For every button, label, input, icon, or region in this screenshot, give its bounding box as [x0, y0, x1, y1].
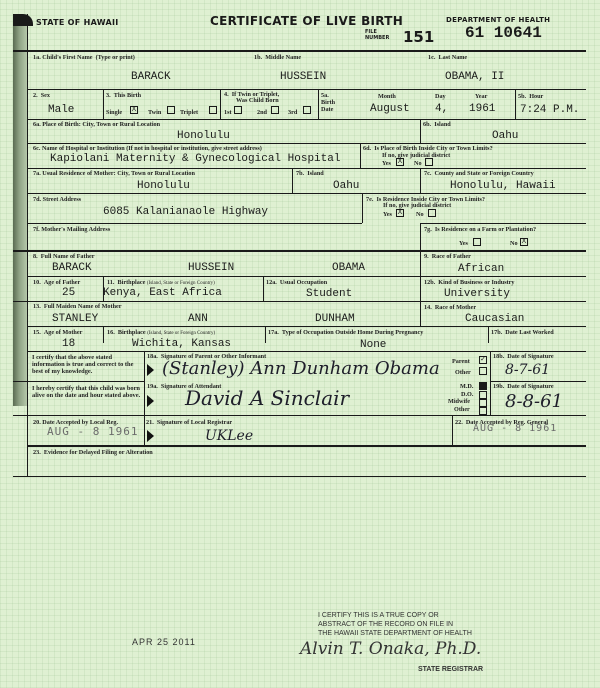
row-divider [27, 119, 586, 120]
father-race-value: African [458, 263, 504, 275]
other-attendant-checkbox[interactable] [479, 407, 487, 415]
field-number: 5b. [518, 93, 526, 100]
triplet-option-label: Triplet [180, 109, 198, 116]
residence-judicial-district-label: If no, give judicial district [383, 202, 451, 209]
midwife-option-label: Midwife [448, 398, 470, 405]
row-divider [27, 223, 362, 224]
mother-occupation-label: Type of Occupation Outside Home During P… [282, 329, 423, 336]
child-last-name-value: OBAMA, II [445, 71, 504, 83]
local-registrar-signature: UKLee [205, 428, 253, 444]
single-checkbox[interactable]: X [130, 106, 138, 114]
date-last-worked-label: Date Last Worked [505, 329, 553, 336]
field-number: 11. [107, 279, 114, 286]
father-birthplace-label: Birthplace [118, 279, 146, 286]
place-of-birth-label: Place of Birth: City, Town or Rural Loca… [42, 121, 160, 128]
col-divider [488, 326, 489, 343]
row-divider [27, 445, 586, 447]
yes-label: Yes [382, 160, 391, 167]
mother-last-name-value: DUNHAM [315, 313, 355, 325]
field-number: 3. [106, 92, 111, 99]
left-border [27, 14, 28, 476]
row-divider [490, 381, 586, 382]
sex-label: Sex [41, 92, 50, 99]
field-number: 1c. [428, 54, 435, 61]
row-divider [27, 326, 586, 327]
col-divider [420, 119, 421, 143]
birth-certificate: STATE OF HAWAII CERTIFICATE OF LIVE BIRT… [0, 0, 600, 688]
col-divider [490, 351, 491, 415]
col-divider [292, 168, 293, 193]
birth-inside-city-yes-checkbox[interactable]: X [396, 158, 404, 166]
triplet-checkbox[interactable] [209, 106, 217, 114]
other-attendant-option-label: Other [454, 406, 470, 413]
field-number: 18a. [147, 353, 158, 360]
field-number: 17b. [491, 329, 502, 336]
field-number: 7f. [33, 226, 40, 233]
first-option-label: 1st [224, 109, 232, 116]
row-divider [27, 193, 586, 194]
second-born-checkbox[interactable] [271, 106, 279, 114]
date-label: Date [321, 106, 333, 113]
reg-general-date-stamp: AUG - 8 1961 [473, 423, 557, 434]
field-number: 6a. [33, 121, 41, 128]
attendant-date-value: 8-8-61 [505, 391, 563, 412]
year-label: Year [475, 93, 487, 100]
col-divider [420, 276, 421, 301]
row-divider [13, 415, 586, 416]
certificate-title: CERTIFICATE OF LIVE BIRTH [210, 14, 403, 28]
col-divider [144, 415, 145, 445]
farm-plantation-label: Is Residence on a Farm or Plantation? [435, 226, 536, 233]
field-number: 6b. [423, 121, 431, 128]
mother-age-value: 18 [62, 338, 75, 350]
col-divider [144, 351, 145, 415]
sex-value: Male [48, 104, 74, 116]
mother-residence-label: Usual Residence of Mother: City, Town or… [42, 170, 195, 177]
row-divider [27, 276, 586, 277]
col-divider [420, 250, 421, 276]
col-divider [420, 168, 421, 193]
field-number: 7a. [33, 170, 41, 177]
col-divider [420, 223, 421, 250]
col-divider [220, 89, 221, 119]
hospital-label: Name of Hospital or Institution (If not … [42, 145, 262, 152]
field-number: 7g. [424, 226, 432, 233]
father-occupation-value: Student [306, 288, 352, 300]
md-option-label: M.D. [460, 383, 473, 390]
residence-inside-city-yes-checkbox[interactable]: X [396, 209, 404, 217]
this-birth-label: This Birth [114, 92, 141, 99]
single-option-label: Single [106, 109, 122, 116]
child-middle-name-value: HUSSEIN [280, 71, 326, 83]
birth-label: Birth [321, 99, 335, 106]
certify-line-1: I CERTIFY THIS IS A TRUE COPY OR [318, 611, 439, 620]
document-corner [13, 14, 33, 26]
col-divider [103, 326, 104, 343]
birth-year-value: 1961 [469, 103, 495, 115]
informant-date-label: Date of Signature [507, 353, 553, 360]
row-divider [27, 351, 586, 352]
document-binding-edge [13, 14, 27, 406]
do-checkbox[interactable] [479, 391, 487, 399]
no-label: No [416, 211, 424, 218]
twin-option-label: Twin [148, 109, 161, 116]
field-number: 1b. [254, 54, 262, 61]
other-informant-checkbox[interactable] [479, 367, 487, 375]
place-of-birth-value: Honolulu [177, 130, 230, 142]
state-registrar-signature: Alvin T. Onaka, Ph.D. [300, 639, 481, 659]
field-number: 6c. [33, 145, 40, 152]
attendant-signature: David A Sinclair [185, 386, 349, 410]
field-number: 15. [33, 329, 41, 336]
certify-line-2: ABSTRACT OF THE RECORD ON FILE IN [318, 620, 453, 629]
delayed-filing-label: Evidence for Delayed Filing or Alteratio… [44, 449, 153, 456]
department-number: 61 10641 [465, 24, 542, 42]
birthplace-hint: (Island, State or Foreign Country) [147, 331, 215, 336]
birth-hour-value: 7:24 P.M. [520, 104, 579, 116]
field-number: 4. [224, 91, 229, 98]
row-divider [27, 168, 586, 169]
col-divider [263, 276, 264, 301]
hospital-value: Kapiolani Maternity & Gynecological Hosp… [50, 153, 340, 165]
child-middle-name-label: Middle Name [265, 54, 301, 61]
col-divider [362, 193, 363, 223]
mother-middle-name-value: ANN [188, 313, 208, 325]
md-checkbox[interactable] [479, 382, 487, 390]
father-race-label: Race of Father [432, 253, 471, 260]
mother-maiden-name-label: Full Maiden Name of Mother [44, 303, 122, 310]
informant-signature: (Stanley) Ann Dunham Obama [162, 358, 440, 379]
other-option-label: Other [455, 369, 471, 376]
state-registrar-title: STATE REGISTRAR [418, 665, 483, 674]
street-address-label: Street Address [43, 196, 81, 203]
child-last-name-label: Last Name [438, 54, 467, 61]
business-industry-value: University [444, 288, 510, 300]
field-number: 16. [107, 329, 115, 336]
farm-no-checkbox[interactable]: X [520, 238, 528, 246]
father-birthplace-value: Kenya, East Africa [103, 287, 222, 299]
field-number: 7b. [296, 170, 304, 177]
parent-option-label: Parent [452, 358, 470, 365]
signature-arrow-icon [147, 430, 154, 442]
father-last-name-value: OBAMA [332, 262, 365, 274]
col-divider [265, 326, 266, 343]
mother-residence-city-value: Honolulu [137, 180, 190, 192]
certify-line-3: THE HAWAII STATE DEPARTMENT OF HEALTH [318, 629, 472, 638]
local-reg-date-stamp: AUG - 8 1961 [47, 425, 138, 438]
island-of-birth-value: Oahu [492, 130, 518, 142]
father-age-label: Age of Father [44, 279, 80, 286]
field-number: 17a. [268, 329, 279, 336]
twin-checkbox[interactable] [167, 106, 175, 114]
row-divider [420, 223, 586, 224]
field-number: 12b. [424, 279, 435, 286]
file-number: 151 [403, 28, 434, 46]
attendant-date-label: Date of Signature [507, 383, 553, 390]
field-number: 23. [33, 449, 41, 456]
father-age-value: 25 [62, 287, 75, 299]
first-born-checkbox[interactable] [234, 106, 242, 114]
field-number: 2. [33, 92, 38, 99]
business-industry-label: Kind of Business or Industry [438, 279, 514, 286]
birth-day-value: 4, [435, 103, 448, 115]
col-divider [318, 89, 319, 119]
type-or-print-hint: (Type or print) [96, 54, 135, 61]
hour-label: Hour [529, 93, 543, 100]
residence-island-value: Oahu [333, 180, 359, 192]
state-heading: STATE OF HAWAII [36, 18, 119, 27]
col-divider [420, 301, 421, 326]
form-bottom-border [13, 476, 586, 477]
field-number: 10. [33, 279, 41, 286]
issue-date-stamp: APR 25 2011 [132, 637, 196, 647]
row-divider [13, 301, 586, 302]
col-divider [103, 89, 104, 119]
month-label: Month [378, 93, 396, 100]
third-born-checkbox[interactable] [303, 106, 311, 114]
island-of-birth-label: Island [434, 121, 451, 128]
mother-race-value: Caucasian [465, 313, 524, 325]
birth-date-number: 5a. [321, 92, 329, 99]
field-number: 12a. [266, 279, 277, 286]
judicial-district-label: If no, give judicial district [382, 152, 450, 159]
col-divider [360, 143, 361, 168]
field-number: 6d. [363, 145, 371, 152]
child-first-name-value: BARACK [131, 71, 171, 83]
was-child-born-label: Was Child Born [236, 97, 279, 104]
file-label-bottom: NUMBER [365, 36, 389, 41]
farm-yes-checkbox[interactable] [473, 238, 481, 246]
field-number: 20. [33, 419, 41, 426]
mailing-address-label: Mother's Mailing Address [41, 226, 110, 233]
field-number: 1a. [33, 54, 41, 61]
row-divider [27, 143, 586, 144]
field-number: 7d. [33, 196, 41, 203]
third-option-label: 3rd [288, 109, 297, 116]
child-first-name-label: Child's First Name [42, 54, 92, 61]
birth-inside-city-no-checkbox[interactable] [425, 158, 433, 166]
field-number: 21. [146, 419, 154, 426]
father-first-name-value: BARACK [52, 262, 92, 274]
birthplace-hint: (Island, State or Foreign Country) [147, 281, 215, 286]
birth-month-value: August [370, 103, 410, 115]
header-divider [13, 50, 586, 52]
row-divider [27, 89, 586, 90]
mother-birthplace-label: Birthplace [118, 329, 146, 336]
no-label: No [414, 160, 422, 167]
day-label: Day [435, 93, 446, 100]
do-option-label: D.O. [461, 391, 473, 398]
second-option-label: 2nd [257, 109, 267, 116]
col-divider [515, 89, 516, 119]
no-label: No [510, 240, 518, 247]
attendant-certification-text: I hereby certify that this child was bor… [32, 385, 142, 399]
residence-inside-city-no-checkbox[interactable] [428, 209, 436, 217]
residence-island-label: Island [307, 170, 324, 177]
father-middle-name-value: HUSSEIN [188, 262, 234, 274]
midwife-checkbox[interactable] [479, 399, 487, 407]
informant-certification-text: I certify that the above stated informat… [32, 354, 142, 375]
field-number: 22. [455, 419, 463, 426]
yes-label: Yes [459, 240, 468, 247]
field-number: 14. [424, 304, 432, 311]
field-number: 9. [424, 253, 429, 260]
yes-label: Yes [383, 211, 392, 218]
mother-race-label: Race of Mother [435, 304, 476, 311]
field-number: 7e. [366, 196, 373, 203]
father-occupation-label: Usual Occupation [280, 279, 327, 286]
row-divider [13, 381, 145, 382]
signature-arrow-icon [147, 364, 154, 376]
street-address-value: 6085 Kalanianaole Highway [103, 206, 268, 218]
field-number: 19a. [147, 383, 158, 390]
field-number: 19b. [493, 383, 504, 390]
county-state-value: Honolulu, Hawaii [450, 180, 556, 192]
parent-checkbox[interactable]: ✓ [479, 356, 487, 364]
section-divider [13, 250, 586, 252]
mother-age-label: Age of Mother [44, 329, 83, 336]
inside-city-label: Is Place of Birth Inside City or Town Li… [374, 145, 493, 152]
field-number: 18b. [493, 353, 504, 360]
field-number: 13. [33, 303, 41, 310]
department-heading: DEPARTMENT OF HEALTH [446, 16, 550, 24]
local-registrar-signature-label: Signature of Local Registrar [157, 419, 232, 426]
field-number: 8. [33, 253, 38, 260]
county-state-label: County and State or Foreign Country [434, 170, 533, 177]
field-number: 7c. [424, 170, 431, 177]
signature-arrow-icon [147, 395, 154, 407]
mother-occupation-value: None [360, 339, 386, 351]
col-divider [452, 415, 453, 445]
mother-birthplace-value: Wichita, Kansas [132, 338, 231, 350]
mother-first-name-value: STANLEY [52, 313, 98, 325]
informant-date-value: 8-7-61 [505, 362, 550, 378]
father-name-label: Full Name of Father [41, 253, 95, 260]
